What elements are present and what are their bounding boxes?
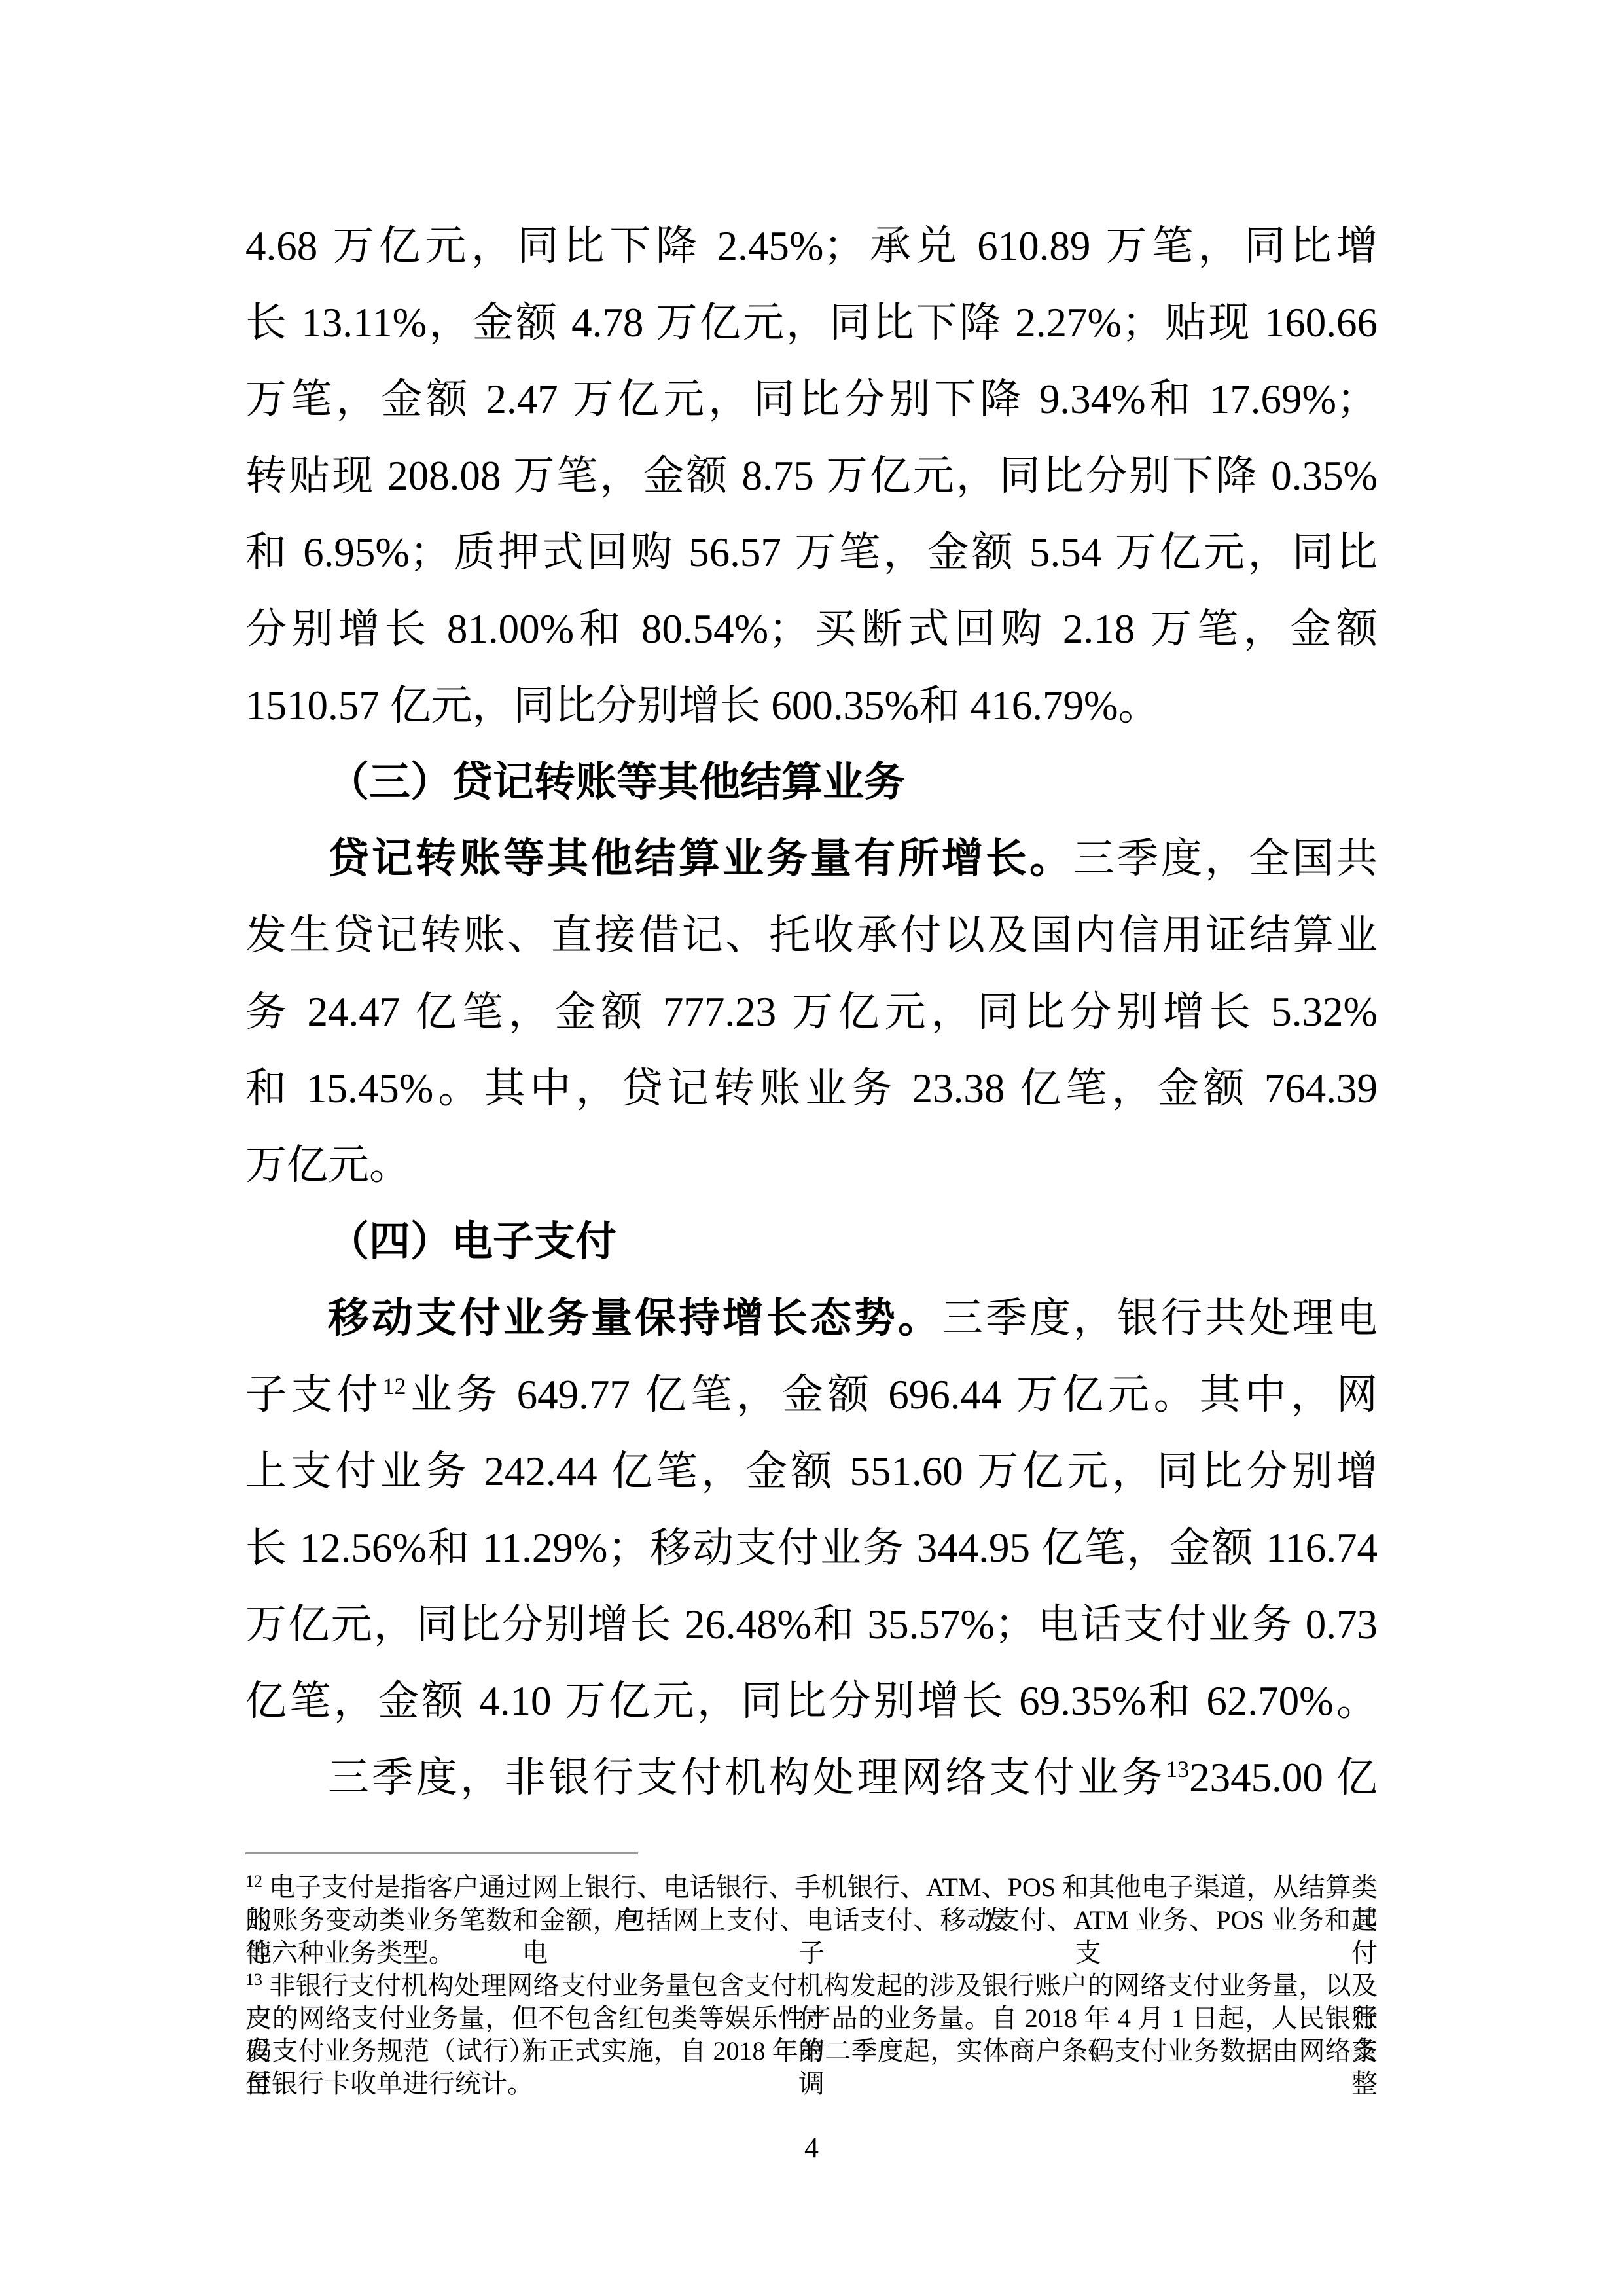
body-line-text: 亿笔，金额 4.10 万亿元，同比分别增长 69.35%和 62.70%。 — [245, 1678, 1378, 1724]
body-line: 子支付12业务 649.77 亿笔，金额 696.44 万亿元。其中，网 — [245, 1357, 1378, 1433]
section-heading: （四）电子支付 — [245, 1204, 1378, 1280]
footnote-line: 户的网络支付业务量，但不包含红包类等娱乐性产品的业务量。自 2018 年 4 月… — [245, 2002, 1378, 2035]
footnote-number: 13 — [245, 1970, 262, 1989]
body-line-text: 长 12.56%和 11.29%；移动支付业务 344.95 亿笔，金额 116… — [245, 1525, 1378, 1571]
footnote-line: 12电子支付是指客户通过网上银行、电话银行、手机银行、ATM、POS 和其他电子… — [245, 1871, 1378, 1904]
body-line-text: 务 24.47 亿笔，金额 777.23 万亿元，同比分别增长 5.32% — [245, 989, 1378, 1035]
footnote-reference: 13 — [1166, 1756, 1189, 1782]
body-line-text: 万笔，金额 2.47 万亿元，同比分别下降 9.34%和 17.69%； — [245, 376, 1378, 422]
body-line-text: 4.68 万亿元，同比下降 2.45%；承兑 610.89 万笔，同比增 — [245, 223, 1378, 269]
body-line: 和 6.95%；质押式回购 56.57 万笔，金额 5.54 万亿元，同比 — [245, 514, 1378, 591]
footnote-line: 13非银行支付机构处理网络支付业务量包含支付机构发起的涉及银行账户的网络支付业务… — [245, 1969, 1378, 2002]
footnote-number: 12 — [245, 1872, 262, 1891]
body-line: 三季度，非银行支付机构处理网络支付业务132345.00 亿 — [245, 1740, 1378, 1816]
footnote-text: 至银行卡收单进行统计。 — [245, 2069, 533, 2098]
body-line: 发生贷记转账、直接借记、托收承付以及国内信用证结算业 — [245, 897, 1378, 974]
body-line-text: 万亿元，同比分别增长 26.48%和 35.57%；电话支付业务 0.73 — [245, 1602, 1378, 1647]
section-heading-text: （三）贷记转账等其他结算业务 — [328, 759, 905, 805]
body-line: 亿笔，金额 4.10 万亿元，同比分别增长 69.35%和 62.70%。 — [245, 1663, 1378, 1740]
section-heading: （三）贷记转账等其他结算业务 — [245, 744, 1378, 821]
page-number: 4 — [0, 2128, 1623, 2168]
footnote-line: 的账务变动类业务笔数和金额，包括网上支付、电话支付、移动支付、ATM 业务、PO… — [245, 1904, 1378, 1937]
body-line-text: 分别增长 81.00%和 80.54%；买断式回购 2.18 万笔，金额 — [245, 606, 1378, 652]
body-text-block: 4.68 万亿元，同比下降 2.45%；承兑 610.89 万笔，同比增 长 1… — [245, 208, 1378, 1816]
body-line-text: 子支付 — [245, 1372, 383, 1418]
body-line-text: 2345.00 亿 — [1189, 1755, 1378, 1801]
body-line: 移动支付业务量保持增长态势。三季度，银行共处理电 — [245, 1280, 1378, 1357]
body-line: 万笔，金额 2.47 万亿元，同比分别下降 9.34%和 17.69%； — [245, 361, 1378, 438]
body-line-text: 长 13.11%，金额 4.78 万亿元，同比下降 2.27%；贴现 160.6… — [245, 300, 1378, 346]
body-line: 万亿元。 — [245, 1127, 1378, 1204]
lead-emphasis: 贷记转账等其他结算业务量有所增长。 — [328, 836, 1073, 882]
body-line-text: 和 6.95%；质押式回购 56.57 万笔，金额 5.54 万亿元，同比 — [245, 529, 1378, 575]
lead-emphasis: 移动支付业务量保持增长态势。 — [328, 1295, 942, 1341]
body-line-text: 三季度，全国共 — [1073, 836, 1378, 882]
body-line-text: 1510.57 亿元，同比分别增长 600.35%和 416.79%。 — [245, 683, 1159, 728]
body-line-text: 转贴现 208.08 万笔，金额 8.75 万亿元，同比分别下降 0.35% — [245, 453, 1378, 499]
body-line: 万亿元，同比分别增长 26.48%和 35.57%；电话支付业务 0.73 — [245, 1587, 1378, 1663]
footnote-separator — [245, 1852, 638, 1854]
body-line-text: 发生贷记转账、直接借记、托收承付以及国内信用证结算业 — [245, 912, 1378, 958]
body-line-text: 三季度，银行共处理电 — [942, 1295, 1378, 1341]
body-line: 分别增长 81.00%和 80.54%；买断式回购 2.18 万笔，金额 — [245, 591, 1378, 668]
footnote-reference: 12 — [383, 1373, 406, 1399]
body-line: 4.68 万亿元，同比下降 2.45%；承兑 610.89 万笔，同比增 — [245, 208, 1378, 285]
body-line: 和 15.45%。其中，贷记转账业务 23.38 亿笔，金额 764.39 — [245, 1050, 1378, 1127]
body-line: 转贴现 208.08 万笔，金额 8.75 万亿元，同比分别下降 0.35% — [245, 438, 1378, 514]
body-line: 务 24.47 亿笔，金额 777.23 万亿元，同比分别增长 5.32% — [245, 974, 1378, 1050]
body-line: 贷记转账等其他结算业务量有所增长。三季度，全国共 — [245, 821, 1378, 897]
body-line-text: 三季度，非银行支付机构处理网络支付业务 — [328, 1755, 1166, 1801]
body-line-text: 上支付业务 242.44 亿笔，金额 551.60 万亿元，同比分别增 — [245, 1448, 1378, 1494]
footnotes-block: 12电子支付是指客户通过网上银行、电话银行、手机银行、ATM、POS 和其他电子… — [245, 1871, 1378, 2100]
document-page: 4.68 万亿元，同比下降 2.45%；承兑 610.89 万笔，同比增 长 1… — [0, 0, 1623, 2296]
body-line-text: 和 15.45%。其中，贷记转账业务 23.38 亿笔，金额 764.39 — [245, 1066, 1378, 1111]
body-line: 长 12.56%和 11.29%；移动支付业务 344.95 亿笔，金额 116… — [245, 1510, 1378, 1587]
footnote-text: 等六种业务类型。 — [245, 1938, 455, 1967]
body-line: 1510.57 亿元，同比分别增长 600.35%和 416.79%。 — [245, 668, 1378, 744]
footnote-line: 码支付业务规范（试行）》正式实施，自 2018 年第二季度起，实体商户条码支付业… — [245, 2035, 1378, 2068]
body-line-text: 万亿元。 — [245, 1142, 410, 1188]
body-line-text: 业务 649.77 亿笔，金额 696.44 万亿元。其中，网 — [406, 1372, 1378, 1418]
section-heading-text: （四）电子支付 — [328, 1219, 616, 1265]
body-line: 上支付业务 242.44 亿笔，金额 551.60 万亿元，同比分别增 — [245, 1433, 1378, 1510]
body-line: 长 13.11%，金额 4.78 万亿元，同比下降 2.27%；贴现 160.6… — [245, 285, 1378, 361]
